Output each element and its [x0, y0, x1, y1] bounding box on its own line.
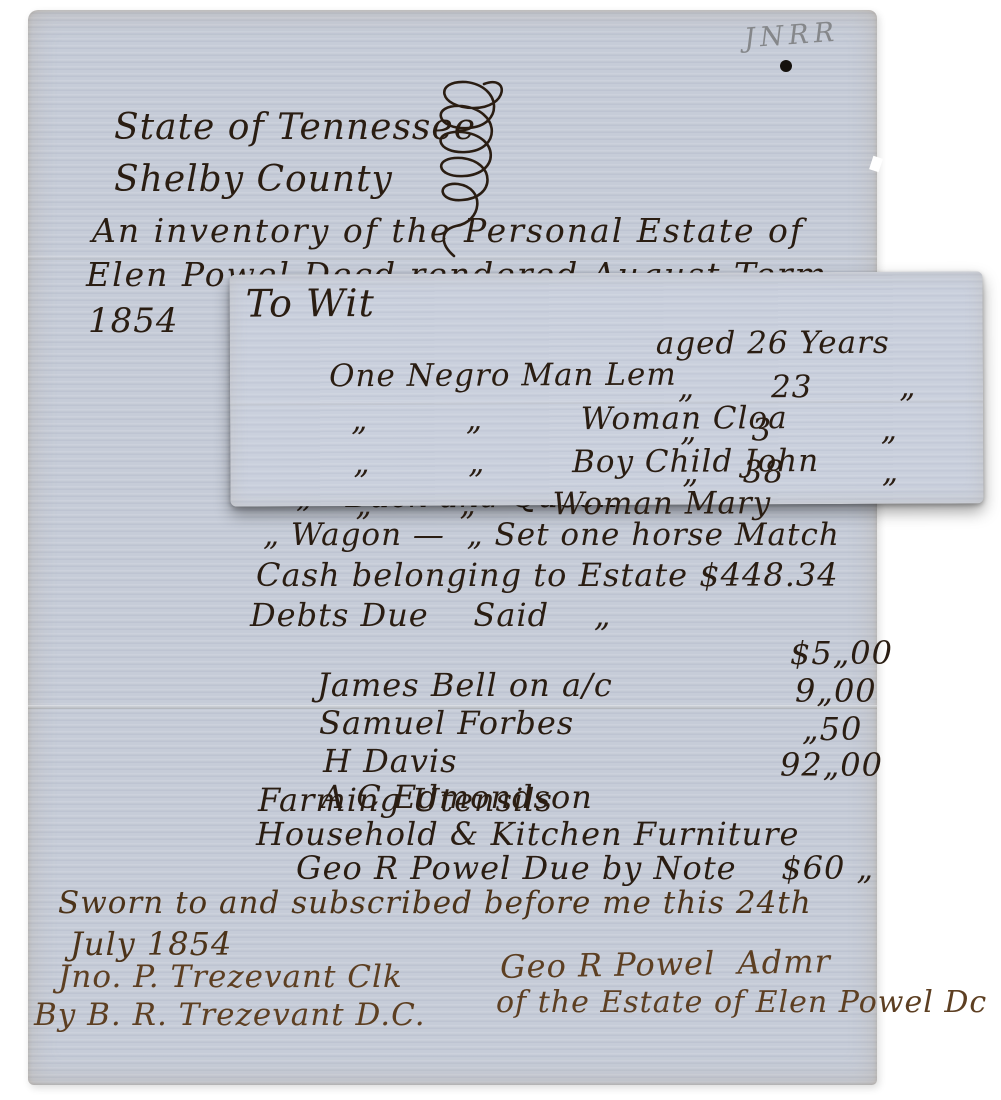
amount-value: $5„00	[790, 637, 893, 669]
administrator-signature: Geo R Powel Admr	[500, 945, 831, 983]
zoomed-inset-overlay: To Wit One Negro Man Lem aged 26 Years „…	[229, 271, 983, 506]
inset-heading: To Wit	[246, 284, 375, 323]
amount-value: 9„00	[795, 675, 877, 707]
amount-value: 92„00	[780, 749, 883, 781]
inventory-line-note: Geo R Powel Due by Note $60 „	[296, 852, 874, 884]
sworn-line: Sworn to and subscribed before me this 2…	[58, 888, 812, 919]
punch-hole-dot	[780, 60, 792, 72]
inventory-line-household: Household & Kitchen Furniture	[256, 818, 799, 850]
inventory-line-debts-due: Debts Due Said „	[250, 599, 611, 631]
administrator-line-2: of the Estate of Elen Powel Dc	[496, 988, 987, 1018]
inset-row-mary: „ „ Woman Mary „ 38 „	[290, 456, 971, 583]
deputy-clerk-signature: By B. R. Trezevant D.C.	[34, 1000, 426, 1031]
year-line: 1854	[88, 304, 179, 338]
age-entry: aged 26 Years	[656, 328, 890, 360]
pencil-annotation: JNRR	[743, 17, 840, 55]
header-county-line: Shelby County	[114, 162, 393, 198]
enslaved-person-entry: „ „ Woman Mary	[356, 485, 772, 523]
age-entry: „ 23 „	[678, 372, 917, 404]
intro-line-1: An inventory of the Personal Estate of	[92, 214, 804, 247]
amount-value: „50	[802, 713, 862, 745]
age-entry: „ 38 „	[682, 457, 899, 489]
inventory-line-farming: Farming Utensils	[258, 784, 553, 816]
age-entry: „ 3 „	[680, 415, 898, 447]
scanned-document-photo: JNRR State of Tennessee Shelby County An…	[0, 0, 1001, 1100]
attestation-date: July 1854	[70, 928, 232, 960]
clerk-signature: Jno. P. Trezevant Clk	[58, 962, 403, 993]
paper-edge-notch	[869, 156, 883, 172]
